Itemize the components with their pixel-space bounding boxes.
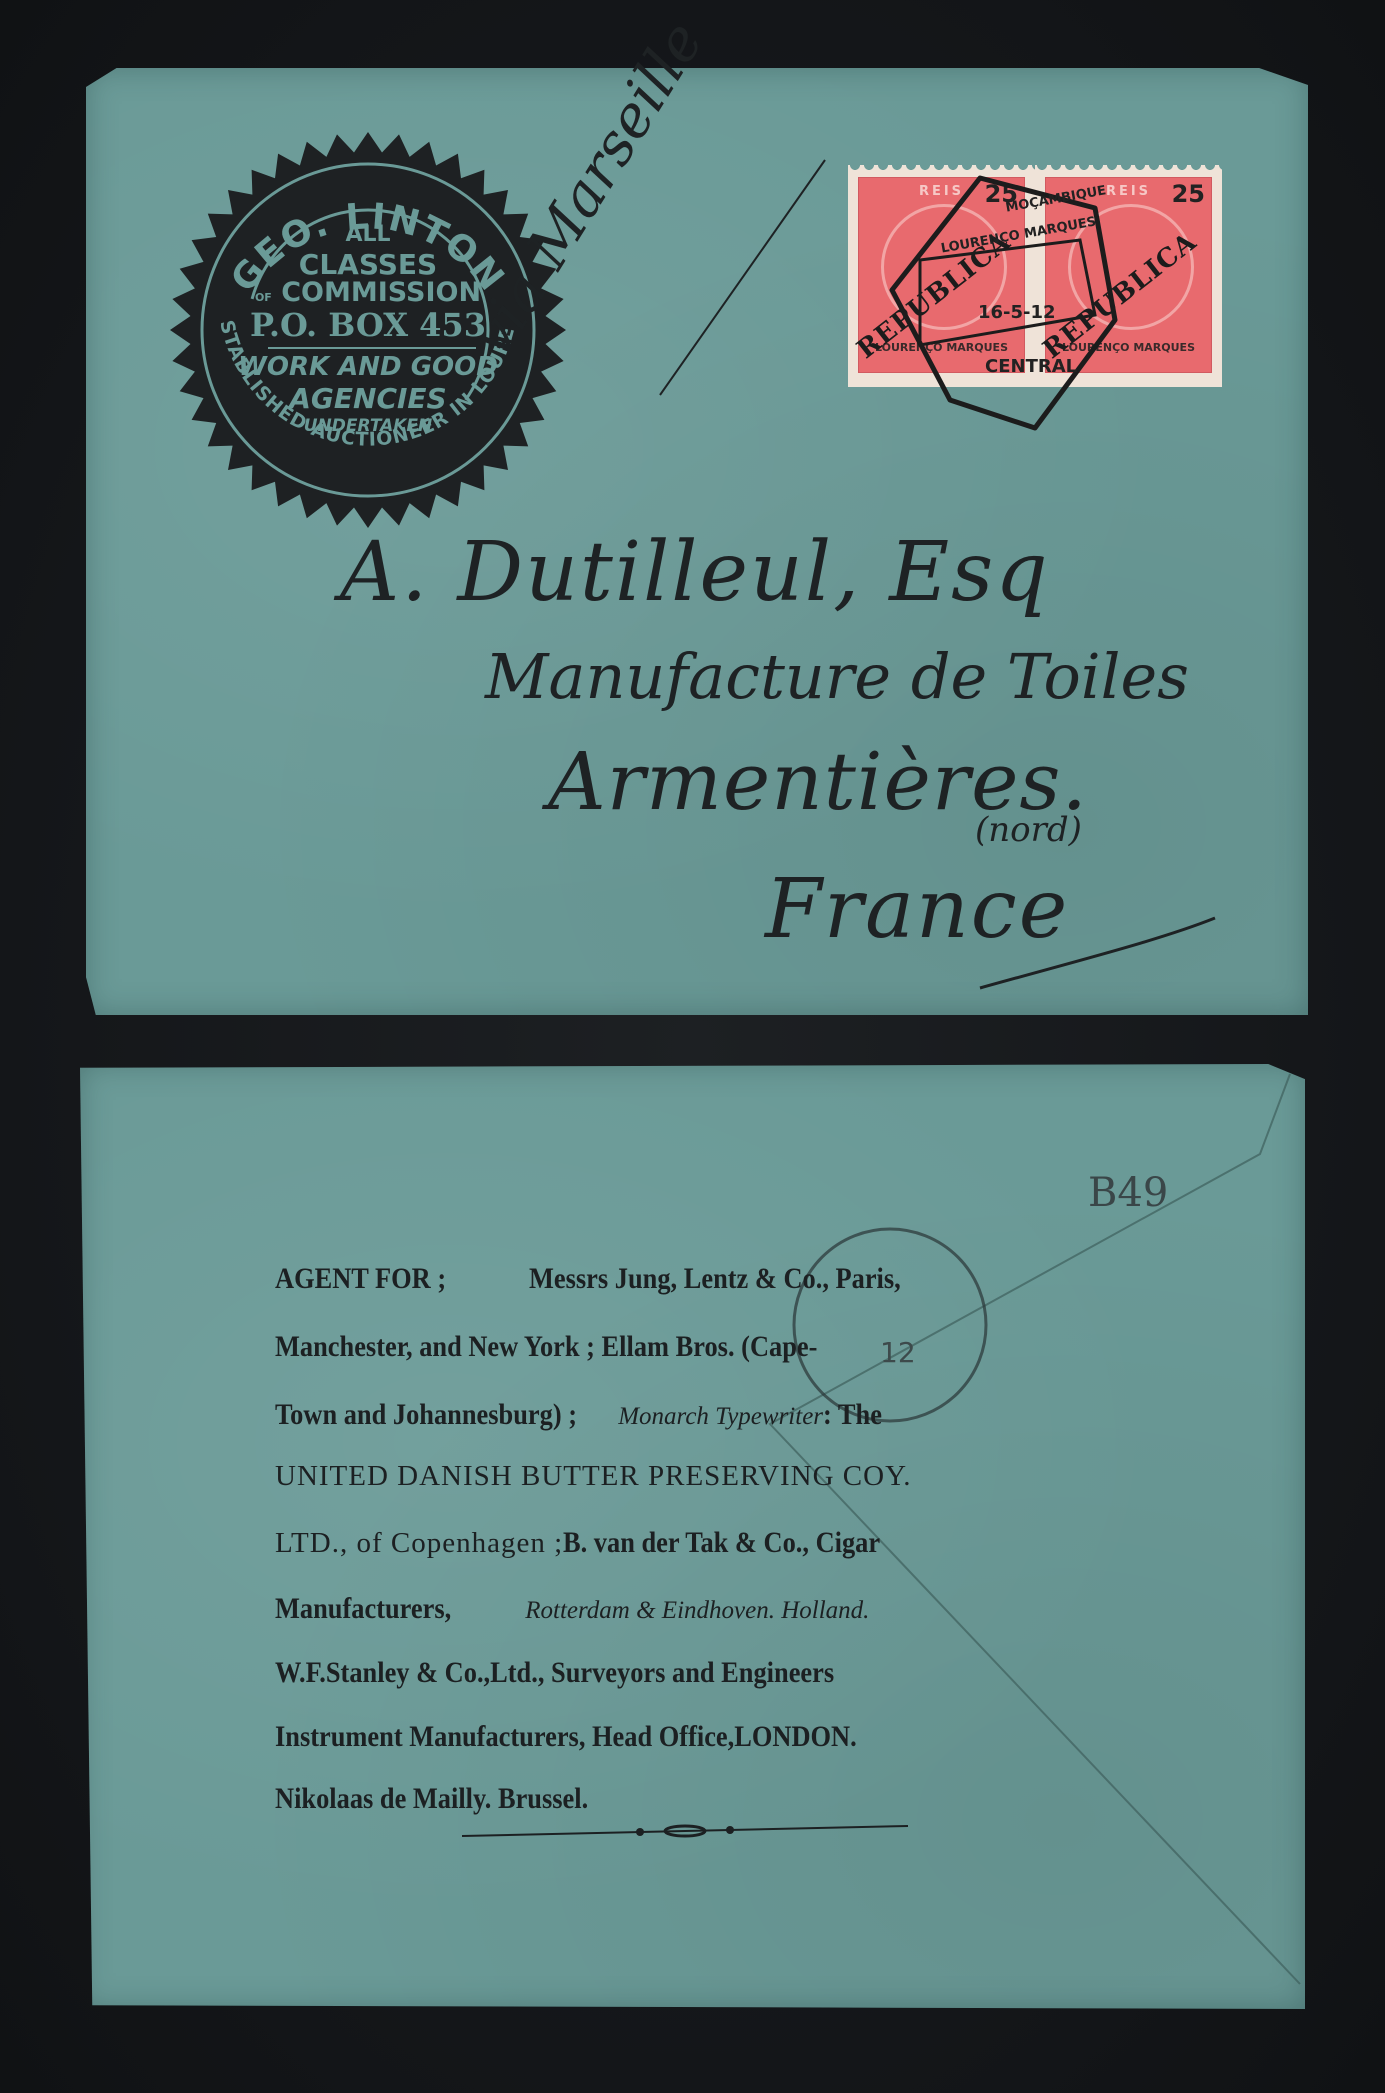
printed-segment: Nikolaas de Mailly. Brussel. — [275, 1782, 588, 1816]
seal-line-all: ALL — [168, 222, 568, 247]
printed-segment: AGENT FOR ; — [275, 1262, 446, 1296]
address-flourish-icon — [960, 900, 1230, 1000]
printed-segment: LTD., of Copenhagen ; — [275, 1527, 563, 1560]
address-name: A. Dutilleul, Esq — [340, 525, 1050, 620]
address-company: Manufacture de Toiles — [485, 640, 1189, 713]
printed-line: Manchester, and New York ; Ellam Bros. (… — [275, 1330, 891, 1364]
printed-segment: Instrument Manufacturers, Head Office,LO… — [275, 1720, 857, 1754]
printed-line: UNITED DANISH BUTTER PRESERVING COY. — [275, 1460, 912, 1493]
printed-line: W.F.Stanley & Co.,Ltd., Surveyors and En… — [275, 1656, 910, 1690]
seal-line-undertaken: UNDERTAKEN — [168, 416, 568, 436]
printed-segment: Monarch Typewriter — [618, 1403, 823, 1431]
postmark-date: 16-5-12 — [978, 302, 1056, 323]
printed-line: Manufacturers,Rotterdam & Eindhoven. Hol… — [275, 1592, 869, 1626]
printed-segment: Manufacturers, — [275, 1592, 451, 1626]
printed-line: Nikolaas de Mailly. Brussel. — [275, 1782, 631, 1816]
printed-segment: Messrs Jung, Lentz & Co., Paris, — [529, 1262, 901, 1296]
routing-underline-icon — [640, 150, 840, 410]
seal-line-agencies: AGENCIES — [168, 382, 568, 415]
printed-segment: UNITED DANISH BUTTER PRESERVING COY. — [275, 1460, 912, 1493]
printed-line: Instrument Manufacturers, Head Office,LO… — [275, 1720, 936, 1754]
printed-line: AGENT FOR ;Messrs Jung, Lentz & Co., Par… — [275, 1262, 952, 1296]
decorative-rule-icon — [460, 1820, 910, 1850]
printed-line: Town and Johannesburg) ;Monarch Typewrit… — [275, 1398, 890, 1432]
printed-segment: B. van der Tak & Co., Cigar — [563, 1526, 880, 1560]
printed-line: LTD., of Copenhagen ; B. van der Tak & C… — [275, 1526, 923, 1560]
address-region: (nord) — [975, 810, 1082, 850]
printed-segment: Town and Johannesburg) ; — [275, 1398, 577, 1432]
postmark-bottom: CENTRAL — [985, 356, 1077, 377]
printed-segment: : The — [823, 1398, 882, 1432]
pencil-note: B49 — [1088, 1170, 1168, 1216]
printed-segment: Manchester, and New York ; Ellam Bros. (… — [275, 1330, 817, 1364]
printed-segment: Rotterdam & Eindhoven. Holland. — [525, 1597, 869, 1625]
printed-segment: W.F.Stanley & Co.,Ltd., Surveyors and En… — [275, 1656, 834, 1690]
